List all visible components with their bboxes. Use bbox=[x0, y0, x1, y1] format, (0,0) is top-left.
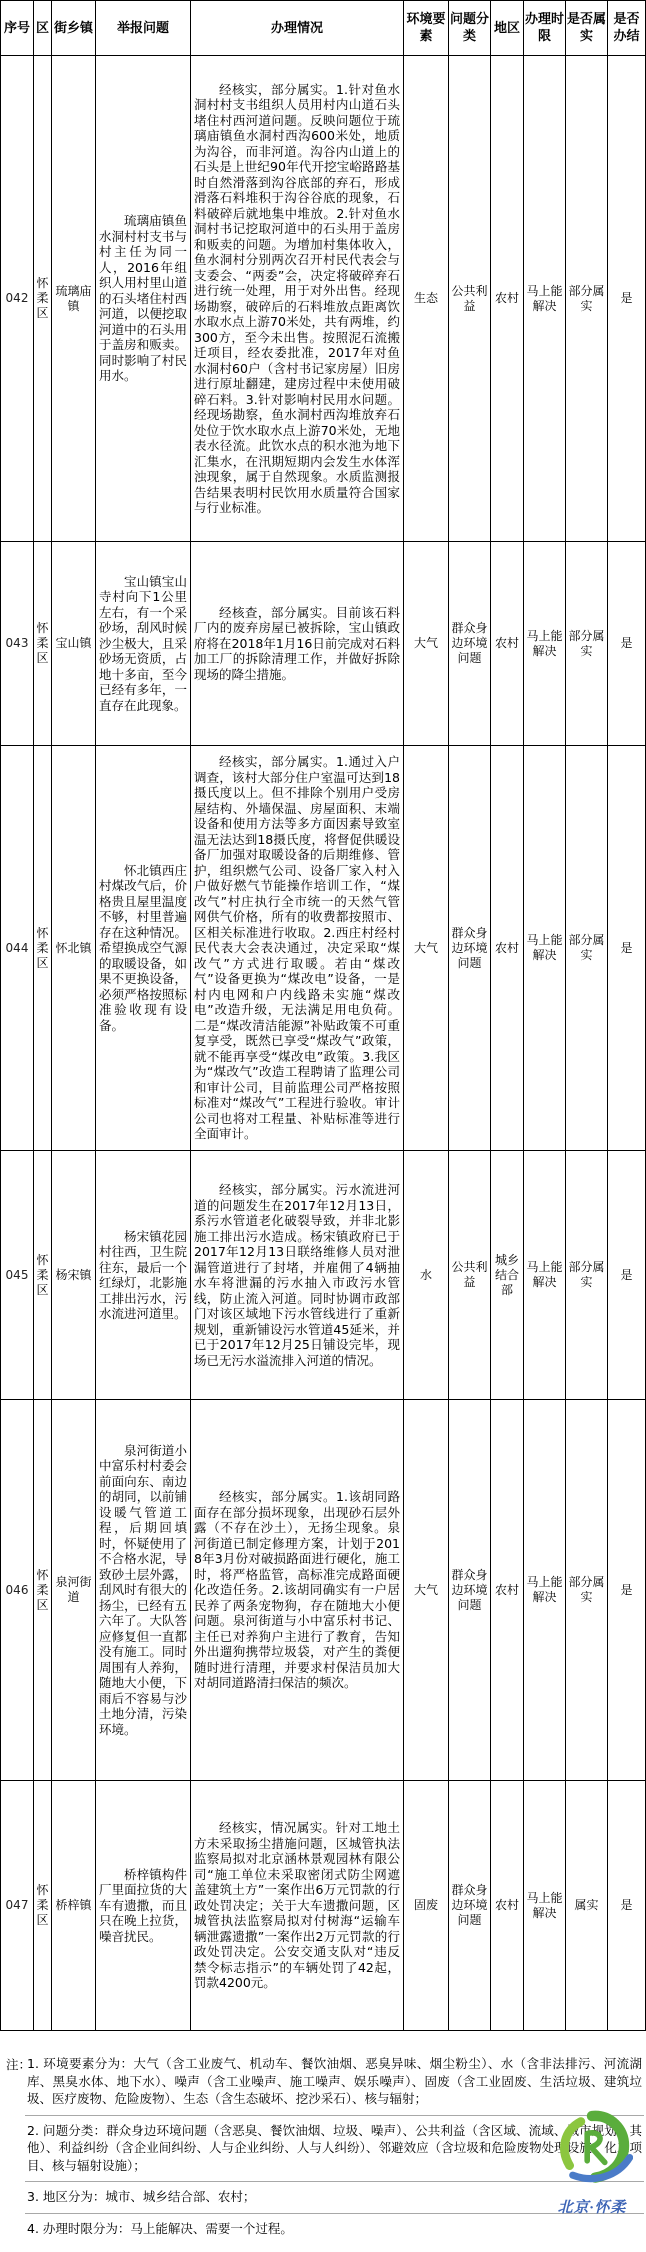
handling-text: 经核实，部分属实。1.该胡同路面存在部分损坏现象，出现砂石层外露（不存在沙土），… bbox=[194, 1489, 400, 1691]
cell-verified: 部分属实 bbox=[566, 1400, 608, 1781]
handling-text: 经核实，情况属实。针对工地土方未采取扬尘措施问题，区城管执法监察局拟对北京涵林景… bbox=[194, 1820, 400, 1991]
cell-element: 固废 bbox=[404, 1781, 449, 2031]
cell-category: 公共利益 bbox=[449, 56, 491, 542]
cell-closed: 是 bbox=[608, 746, 646, 1151]
table-row-046: 046 怀柔区 泉河街道 泉河街道小中富乐村村委会前面向东、南边的胡同，以前铺设… bbox=[1, 1400, 646, 1781]
col-header-time-limit: 办理时限 bbox=[524, 1, 566, 56]
cell-town: 怀北镇 bbox=[52, 746, 96, 1151]
cell-handling: 经核查，部分属实。目前该石料厂内的废弃房屋已被拆除，宝山镇政府将在2018年1月… bbox=[191, 542, 404, 746]
cell-element: 大气 bbox=[404, 542, 449, 746]
cell-town: 宝山镇 bbox=[52, 542, 96, 746]
cell-district: 怀柔区 bbox=[34, 56, 52, 542]
table-row-045: 045 怀柔区 杨宋镇 杨宋镇花园村往西，卫生院往东，最后一个红绿灯，北影施工排… bbox=[1, 1151, 646, 1400]
cell-category: 群众身边环境问题 bbox=[449, 1781, 491, 2031]
table-row-042: 042 怀柔区 琉璃庙镇 琉璃庙镇鱼水洞村村支书与村主任为同一人，2016年组织… bbox=[1, 56, 646, 542]
complaint-text: 怀北镇西庄村煤改气后，价格贵且屋里温度不够，村里普遍存在这种情况。希望换成空气源… bbox=[99, 863, 187, 1034]
cell-closed: 是 bbox=[608, 1781, 646, 2031]
complaint-text: 泉河街道小中富乐村村委会前面向东、南边的胡同，以前铺设暖气管道工程，后期回填时，… bbox=[99, 1443, 187, 1738]
cell-closed: 是 bbox=[608, 1400, 646, 1781]
cell-complaint: 宝山镇宝山寺村向下1公里左右，有一个采砂场，刮风时候沙尘极大，且采砂场无资质，占… bbox=[96, 542, 191, 746]
cell-time-limit: 马上能解决 bbox=[524, 1781, 566, 2031]
cell-area: 城乡结合部 bbox=[491, 1151, 524, 1400]
cell-verified: 部分属实 bbox=[566, 1151, 608, 1400]
cell-handling: 经核实，部分属实。1.针对鱼水洞村村支书组织人员用村内山道石头堵住村西河道问题。… bbox=[191, 56, 404, 542]
complaint-table: 序号 区 街乡镇 举报问题 办理情况 环境要素 问题分类 地区 办理时限 是否属… bbox=[0, 0, 646, 2031]
col-header-category: 问题分类 bbox=[449, 1, 491, 56]
cell-complaint: 怀北镇西庄村煤改气后，价格贵且屋里温度不够，村里普遍存在这种情况。希望换成空气源… bbox=[96, 746, 191, 1151]
cell-category: 群众身边环境问题 bbox=[449, 542, 491, 746]
cell-time-limit: 马上能解决 bbox=[524, 1151, 566, 1400]
table-header-row: 序号 区 街乡镇 举报问题 办理情况 环境要素 问题分类 地区 办理时限 是否属… bbox=[1, 1, 646, 56]
cell-element: 大气 bbox=[404, 1400, 449, 1781]
cell-verified: 属实 bbox=[566, 1781, 608, 2031]
cell-element: 大气 bbox=[404, 746, 449, 1151]
footnotes-section: 注： 1. 环境要素分为：大气（含工业废气、机动车、餐饮油烟、恶臭异味、烟尘粉尘… bbox=[0, 2031, 646, 2244]
cell-district: 怀柔区 bbox=[34, 746, 52, 1151]
cell-area: 农村 bbox=[491, 56, 524, 542]
cell-town: 杨宋镇 bbox=[52, 1151, 96, 1400]
cell-verified: 部分属实 bbox=[566, 542, 608, 746]
col-header-handling: 办理情况 bbox=[191, 1, 404, 56]
cell-serial: 043 bbox=[1, 542, 34, 746]
handling-text: 经核实，部分属实。污水流进河道的问题发生在2017年12月13日，系污水管道老化… bbox=[194, 1182, 400, 1368]
cell-time-limit: 马上能解决 bbox=[524, 56, 566, 542]
complaint-report-page: { "header": { "cols": ["序号","区","街乡镇","举… bbox=[0, 0, 646, 2252]
cell-district: 怀柔区 bbox=[34, 542, 52, 746]
handling-text: 经核实，部分属实。1.针对鱼水洞村村支书组织人员用村内山道石头堵住村西河道问题。… bbox=[194, 82, 400, 516]
col-header-verified: 是否属实 bbox=[566, 1, 608, 56]
table-row-047: 047 怀柔区 桥梓镇 桥梓镇构件厂里面拉货的大车有遗撒，而且只在晚上拉货，噪音… bbox=[1, 1781, 646, 2031]
cell-area: 农村 bbox=[491, 1400, 524, 1781]
col-header-closed: 是否办结 bbox=[608, 1, 646, 56]
cell-complaint: 琉璃庙镇鱼水洞村村支书与村主任为同一人，2016年组织人用村里山道的石头堵住村西… bbox=[96, 56, 191, 542]
cell-serial: 045 bbox=[1, 1151, 34, 1400]
cell-town: 桥梓镇 bbox=[52, 1781, 96, 2031]
cell-handling: 经核实，部分属实。1.通过入户调查，该村大部分住户室温可达到18摄氏度以上。但不… bbox=[191, 746, 404, 1151]
complaint-text: 宝山镇宝山寺村向下1公里左右，有一个采砂场，刮风时候沙尘极大，且采砂场无资质，占… bbox=[99, 574, 187, 714]
table-row-044: 044 怀柔区 怀北镇 怀北镇西庄村煤改气后，价格贵且屋里温度不够，村里普遍存在… bbox=[1, 746, 646, 1151]
cell-town: 泉河街道 bbox=[52, 1400, 96, 1781]
notes-label: 注： bbox=[6, 2057, 20, 2072]
cell-verified: 部分属实 bbox=[566, 746, 608, 1151]
note-time-limit-types: 4. 办理时限分为：马上能解决、需要一个过程。 bbox=[25, 2213, 644, 2245]
cell-handling: 经核实，情况属实。针对工地土方未采取扬尘措施问题，区城管执法监察局拟对北京涵林景… bbox=[191, 1781, 404, 2031]
cell-serial: 046 bbox=[1, 1400, 34, 1781]
cell-district: 怀柔区 bbox=[34, 1781, 52, 2031]
col-header-complaint: 举报问题 bbox=[96, 1, 191, 56]
cell-element: 水 bbox=[404, 1151, 449, 1400]
cell-handling: 经核实，部分属实。1.该胡同路面存在部分损坏现象，出现砂石层外露（不存在沙土），… bbox=[191, 1400, 404, 1781]
cell-district: 怀柔区 bbox=[34, 1400, 52, 1781]
cell-closed: 是 bbox=[608, 56, 646, 542]
col-header-district: 区 bbox=[34, 1, 52, 56]
cell-verified: 部分属实 bbox=[566, 56, 608, 542]
handling-text: 经核实，部分属实。1.通过入户调查，该村大部分住户室温可达到18摄氏度以上。但不… bbox=[194, 754, 400, 1142]
col-header-element: 环境要素 bbox=[404, 1, 449, 56]
note-environment-elements: 1. 环境要素分为：大气（含工业废气、机动车、餐饮油烟、恶臭异味、烟尘粉尘）、水… bbox=[25, 2049, 644, 2115]
col-header-serial: 序号 bbox=[1, 1, 34, 56]
note-problem-categories: 2. 问题分类：群众身边环境问题（含恶臭、餐饮油烟、垃圾、噪声）、公共利益（含区… bbox=[25, 2115, 644, 2182]
cell-complaint: 桥梓镇构件厂里面拉货的大车有遗撒，而且只在晚上拉货，噪音扰民。 bbox=[96, 1781, 191, 2031]
cell-town: 琉璃庙镇 bbox=[52, 56, 96, 542]
cell-serial: 042 bbox=[1, 56, 34, 542]
cell-element: 生态 bbox=[404, 56, 449, 542]
complaint-text: 桥梓镇构件厂里面拉货的大车有遗撒，而且只在晚上拉货，噪音扰民。 bbox=[99, 1867, 187, 1945]
complaint-text: 琉璃庙镇鱼水洞村村支书与村主任为同一人，2016年组织人用村里山道的石头堵住村西… bbox=[99, 213, 187, 384]
cell-closed: 是 bbox=[608, 542, 646, 746]
cell-complaint: 杨宋镇花园村往西，卫生院往东，最后一个红绿灯，北影施工排出污水，污水流进河道里。 bbox=[96, 1151, 191, 1400]
cell-category: 群众身边环境问题 bbox=[449, 746, 491, 1151]
cell-handling: 经核实，部分属实。污水流进河道的问题发生在2017年12月13日，系污水管道老化… bbox=[191, 1151, 404, 1400]
cell-district: 怀柔区 bbox=[34, 1151, 52, 1400]
cell-complaint: 泉河街道小中富乐村村委会前面向东、南边的胡同，以前铺设暖气管道工程，后期回填时，… bbox=[96, 1400, 191, 1781]
cell-category: 公共利益 bbox=[449, 1151, 491, 1400]
col-header-area: 地区 bbox=[491, 1, 524, 56]
cell-closed: 是 bbox=[608, 1151, 646, 1400]
cell-time-limit: 马上能解决 bbox=[524, 746, 566, 1151]
cell-area: 农村 bbox=[491, 746, 524, 1151]
note-area-types: 3. 地区分为：城市、城乡结合部、农村； bbox=[25, 2181, 644, 2213]
cell-serial: 047 bbox=[1, 1781, 34, 2031]
cell-area: 农村 bbox=[491, 542, 524, 746]
cell-time-limit: 马上能解决 bbox=[524, 1400, 566, 1781]
cell-category: 群众身边环境问题 bbox=[449, 1400, 491, 1781]
col-header-town: 街乡镇 bbox=[52, 1, 96, 56]
handling-text: 经核查，部分属实。目前该石料厂内的废弃房屋已被拆除，宝山镇政府将在2018年1月… bbox=[194, 605, 400, 683]
complaint-text: 杨宋镇花园村往西，卫生院往东，最后一个红绿灯，北影施工排出污水，污水流进河道里。 bbox=[99, 1229, 187, 1322]
cell-area: 农村 bbox=[491, 1781, 524, 2031]
cell-time-limit: 马上能解决 bbox=[524, 542, 566, 746]
table-row-043: 043 怀柔区 宝山镇 宝山镇宝山寺村向下1公里左右，有一个采砂场，刮风时候沙尘… bbox=[1, 542, 646, 746]
cell-serial: 044 bbox=[1, 746, 34, 1151]
